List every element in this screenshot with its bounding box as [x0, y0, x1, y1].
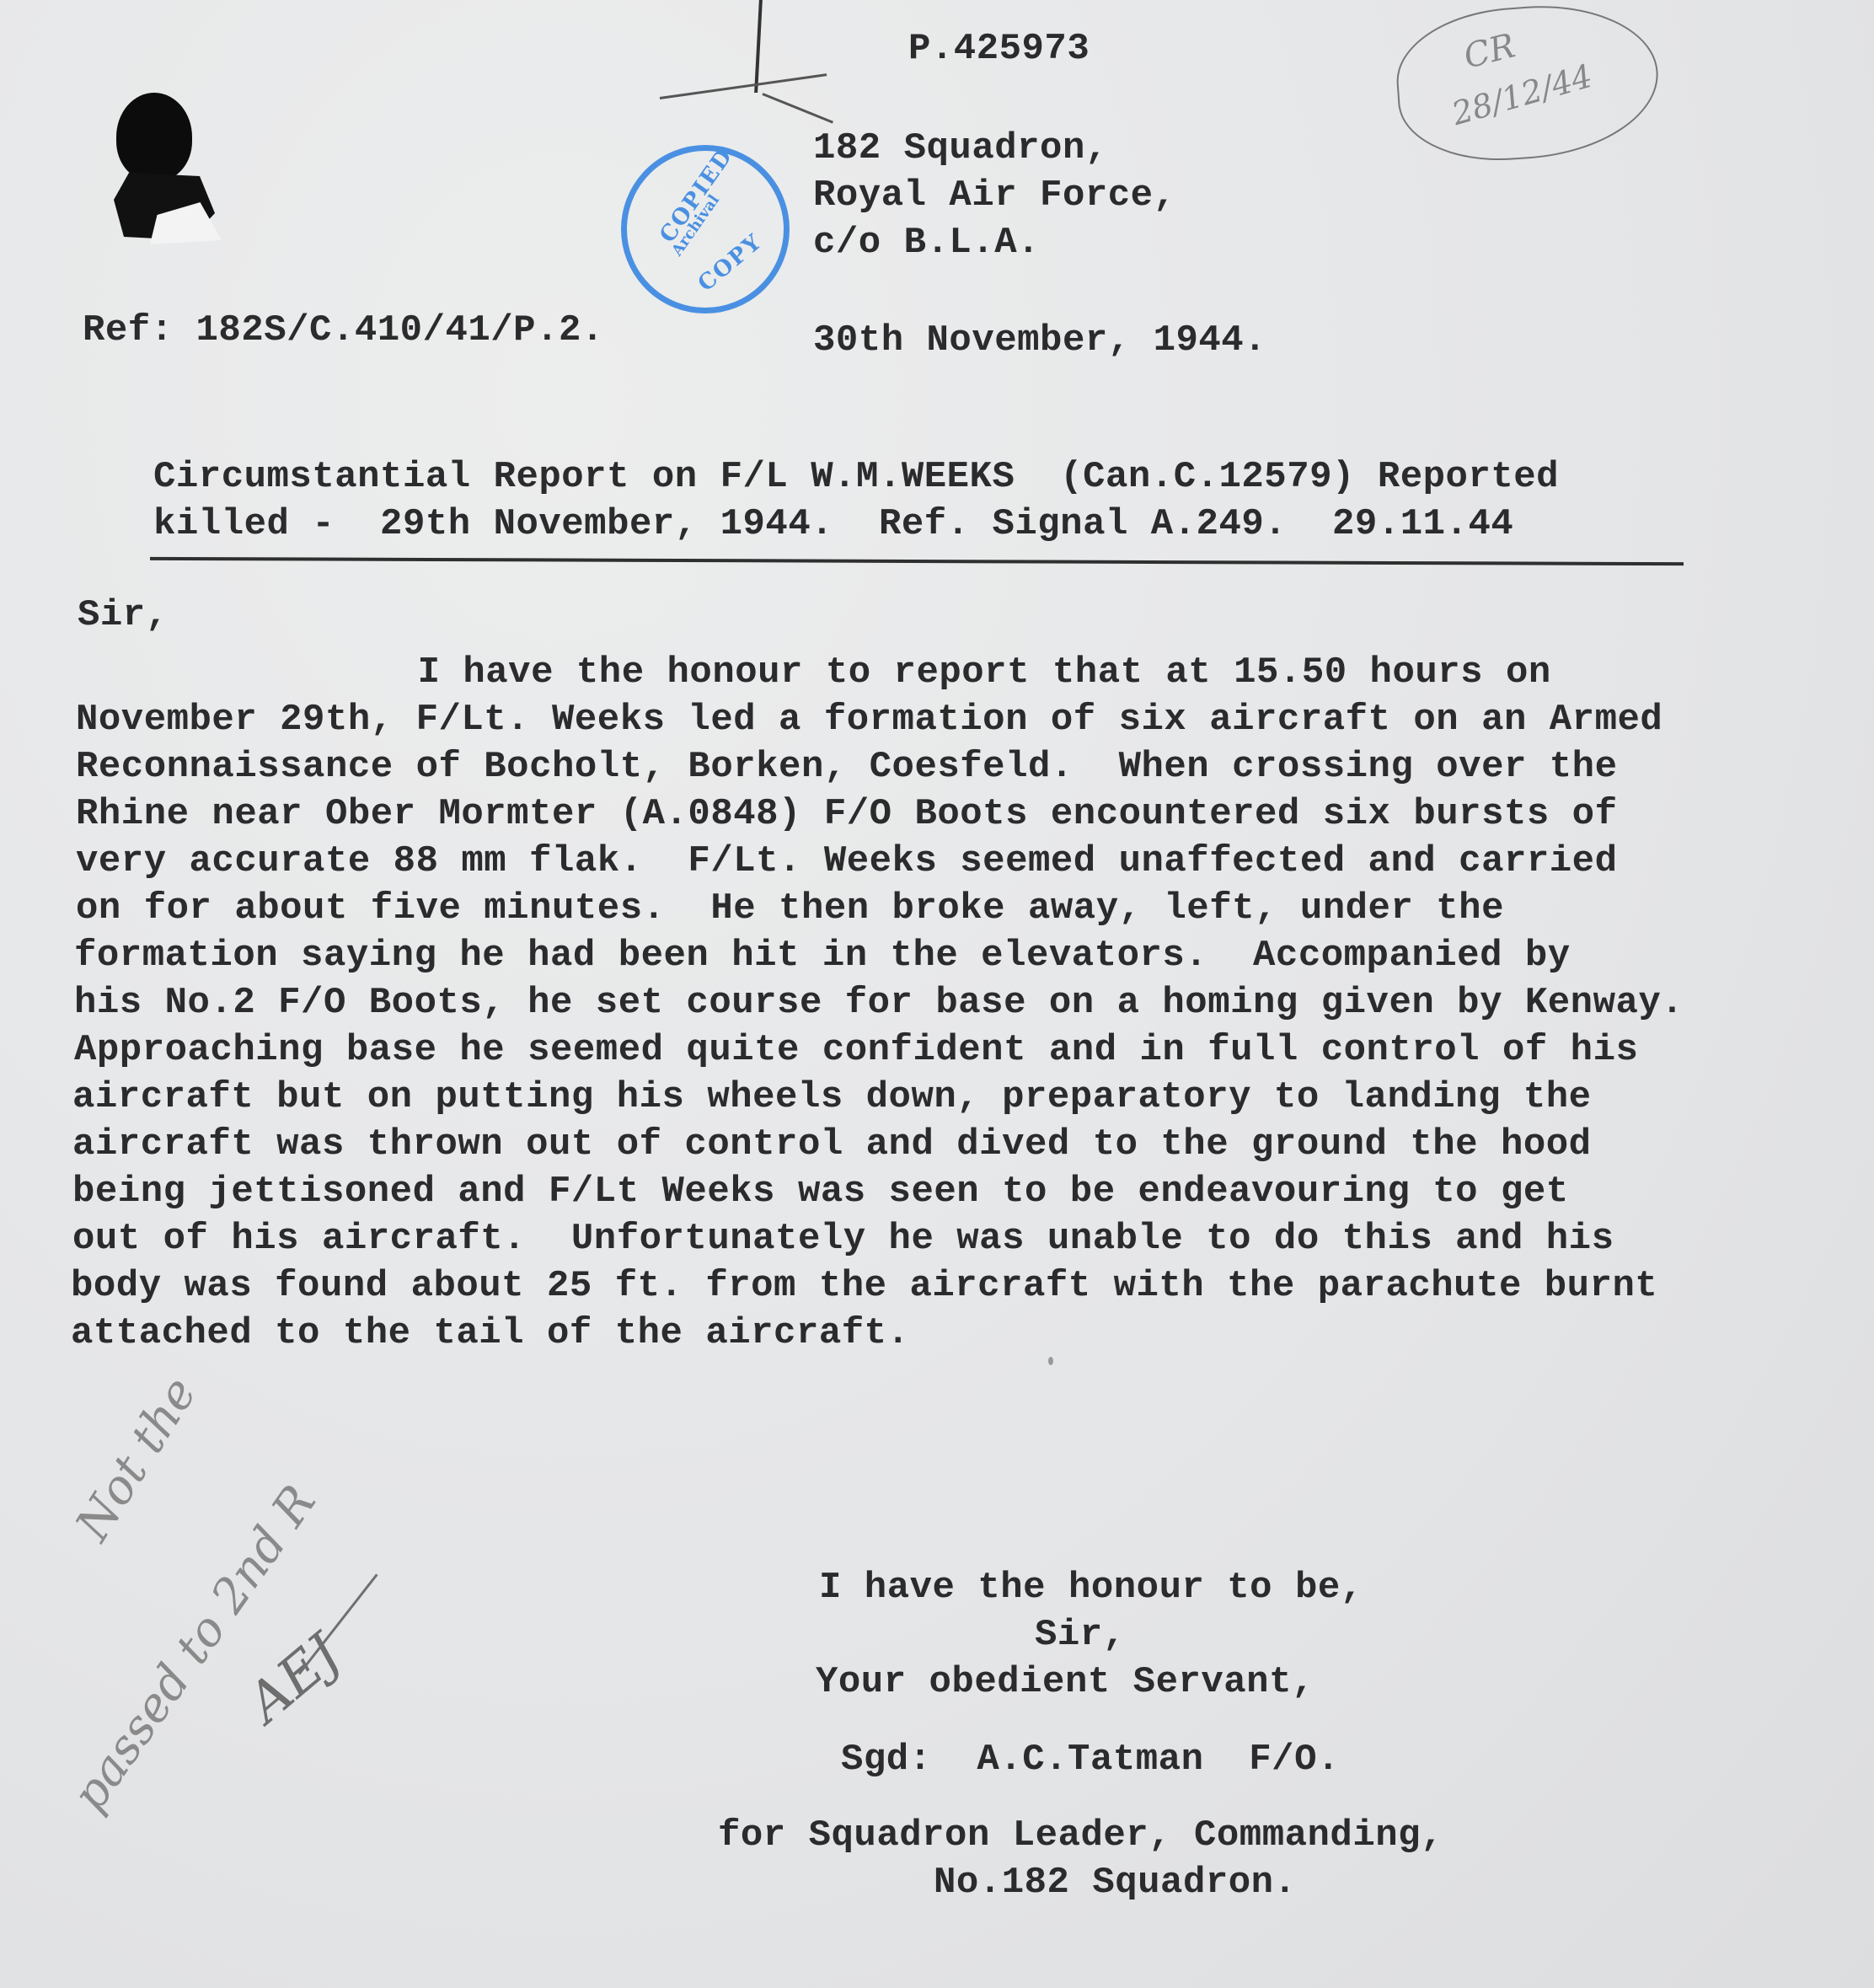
subject-underline	[150, 557, 1684, 565]
body-line: attached to the tail of the aircraft.	[71, 1310, 909, 1357]
closing-servant: Your obedient Servant,	[816, 1658, 1314, 1706]
reference-number: Ref: 182S/C.410/41/P.2.	[83, 307, 604, 354]
letter-date: 30th November, 1944.	[813, 317, 1266, 364]
signatory-capacity: for Squadron Leader, Commanding,	[718, 1812, 1443, 1859]
subject-line-2: killed - 29th November, 1944. Ref. Signa…	[153, 501, 1513, 548]
salutation: Sir,	[78, 592, 169, 639]
letter-page: P.425973 CR 28/12/44 COPIED Archival COP…	[0, 0, 1874, 1988]
body-line: formation saying he had been hit in the …	[74, 932, 1571, 979]
body-line: aircraft but on putting his wheels down,…	[72, 1074, 1592, 1121]
paper-crease	[762, 93, 833, 123]
subject-line-1: Circumstantial Report on F/L W.M.WEEKS (…	[153, 453, 1559, 501]
stamp-text-bottom: COPY	[693, 229, 768, 297]
body-line: body was found about 25 ft. from the air…	[71, 1262, 1657, 1310]
body-line: out of his aircraft. Unfortunately he wa…	[72, 1215, 1614, 1262]
address-line: Royal Air Force,	[813, 172, 1175, 219]
body-line: Approaching base he seemed quite confide…	[74, 1026, 1638, 1074]
pencil-margin-note: Not the	[65, 1368, 207, 1551]
body-line: I have the honour to report that at 15.5…	[78, 649, 1551, 696]
paper-speck	[1048, 1357, 1053, 1365]
body-line: being jettisoned and F/Lt Weeks was seen…	[72, 1168, 1569, 1215]
closing-line: I have the honour to be,	[819, 1564, 1363, 1611]
signature-line: Sgd: A.C.Tatman F/O.	[841, 1736, 1340, 1783]
file-number: P.425973	[908, 25, 1090, 72]
body-line: Reconnaissance of Bocholt, Borken, Coesf…	[76, 743, 1618, 790]
closing-sir: Sir,	[1035, 1611, 1126, 1658]
address-line: 182 Squadron,	[813, 125, 1108, 172]
copied-stamp: COPIED Archival COPY	[621, 145, 790, 313]
paper-tear	[754, 0, 763, 93]
body-line: November 29th, F/Lt. Weeks led a formati…	[76, 696, 1663, 743]
body-line: Rhine near Ober Mormter (A.0848) F/O Boo…	[76, 790, 1618, 838]
pencil-date-annotation: CR 28/12/44	[1392, 0, 1663, 168]
body-line: very accurate 88 mm flak. F/Lt. Weeks se…	[76, 838, 1618, 885]
squadron-line: No.182 Squadron.	[934, 1859, 1296, 1906]
address-line: c/o B.L.A.	[813, 219, 1040, 266]
pencil-initials: CR	[1460, 26, 1519, 76]
body-line: aircraft was thrown out of control and d…	[72, 1121, 1592, 1168]
punch-hole	[116, 93, 192, 181]
paper-crease	[660, 73, 827, 99]
body-line: on for about five minutes. He then broke…	[76, 885, 1504, 932]
pencil-initials-signature: AEJ	[236, 1623, 352, 1735]
body-line: his No.2 F/O Boots, he set course for ba…	[74, 979, 1684, 1026]
